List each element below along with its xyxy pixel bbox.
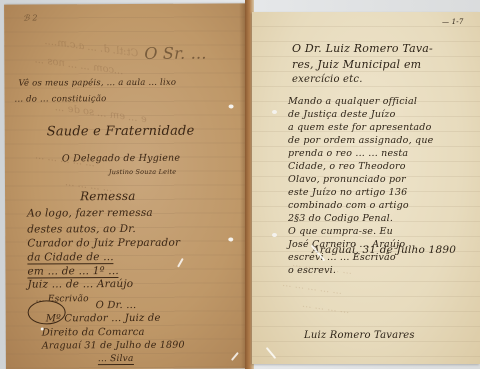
right-manuscript-page: ... ... ... ... ... ... ... ... ... ... … bbox=[252, 12, 480, 364]
right-body-line-7: Olavo, pronunciado por bbox=[288, 174, 406, 185]
left-body-line-4: da Cidade de ... bbox=[27, 251, 114, 264]
left-closing-1: O Dr. ... bbox=[96, 300, 137, 311]
right-header-1: O Dr. Luiz Romero Tava- bbox=[292, 42, 433, 55]
corner-mark: ℬ 2 bbox=[23, 13, 38, 22]
photo-scene: Ct:tl. d. ... a.c.m.... ...com ... ... n… bbox=[0, 0, 480, 369]
right-body-line-11: O que cumpra-se. Eu bbox=[288, 226, 393, 237]
punch-hole bbox=[228, 237, 233, 241]
right-body-line-9: combinado com o artigo bbox=[288, 200, 409, 211]
faded-top-text: O Sr. ... bbox=[144, 44, 206, 63]
saude-fraternidade-heading: Saude e Fraternidade bbox=[47, 124, 195, 140]
right-body-line-5: prenda o reo ... ... nesta bbox=[288, 148, 408, 159]
right-body-line-1: Mando a qualquer official bbox=[288, 96, 417, 107]
right-body-line-4: de por ordem assignado, que bbox=[288, 135, 433, 146]
delegado-signature: Justino Souza Leite bbox=[109, 168, 176, 176]
right-header-3: exercício etc. bbox=[292, 74, 363, 85]
delegado-title: O Delegado de Hygiene bbox=[62, 153, 180, 165]
right-body-line-3: a quem este for apresentado bbox=[288, 122, 432, 133]
page-number: — 1-7 bbox=[442, 18, 464, 26]
left-date-line: Araguaí 31 de Julho de 1890 bbox=[42, 340, 185, 352]
left-body-line-5: em ... de ... 1º ... bbox=[27, 265, 119, 278]
punch-hole bbox=[272, 110, 277, 114]
left-line-1: Vê os meus papéis, ... a aula ... lixo bbox=[18, 78, 176, 89]
punch-hole bbox=[229, 104, 234, 108]
left-body-line-1: Ao logo, fazer remessa bbox=[27, 207, 153, 220]
remessa-heading: Remessa bbox=[80, 189, 136, 203]
left-manuscript-page: Ct:tl. d. ... a.c.m.... ...com ... ... n… bbox=[4, 3, 249, 369]
left-final-signature: ... Silva bbox=[98, 354, 134, 365]
right-body-line-6: Cidade, o reo Theodoro bbox=[288, 161, 406, 172]
left-closing-2: Mº Curador ... Juiz de bbox=[46, 313, 161, 325]
punch-hole bbox=[41, 327, 44, 330]
right-body-line-8: este Juízo no artigo 136 bbox=[288, 187, 407, 198]
right-body-line-14: o escrevi. bbox=[288, 265, 336, 276]
left-body-line-6: Juiz ... de ... Araújo bbox=[27, 278, 133, 291]
right-body-line-10: 2§3 do Codigo Penal. bbox=[288, 213, 393, 224]
left-closing-3: Direito da Comarca bbox=[42, 327, 145, 339]
left-line-2: ... do ... constituição bbox=[15, 94, 107, 104]
left-body-line-3: Curador do Juiz Preparador bbox=[27, 237, 180, 250]
punch-hole bbox=[272, 233, 277, 237]
right-header-2: res, Juiz Municipal em bbox=[292, 58, 421, 71]
right-signature: Luiz Romero Tavares bbox=[304, 330, 415, 341]
left-body-line-2: destes autos, ao Dr. bbox=[27, 223, 136, 236]
right-date-line: Araguaí, 31 de Julho 1890 bbox=[312, 244, 456, 256]
right-body-line-2: de Justiça deste Juízo bbox=[288, 109, 396, 120]
